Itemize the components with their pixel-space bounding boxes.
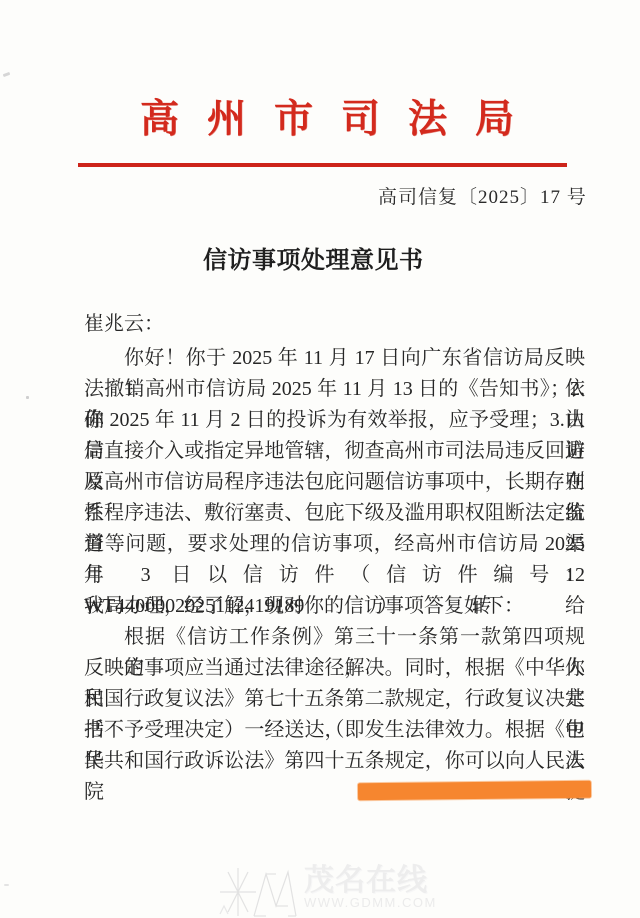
- body-line: 局直接介入或指定异地管辖，彻查高州市司法局违反回避原则: [84, 436, 585, 467]
- maoming-online-logo: [218, 866, 298, 918]
- body-line: 你好！你于 2025 年 11 月 17 日向广东省信访局反映 1.依: [84, 343, 585, 374]
- body-text: 你好！你于 2025 年 11 月 17 日向广东省信访局反映 1.依 法撤销高…: [84, 343, 585, 777]
- body-line: 月 3 日以信访件（信访件编号：WT4400002025112419189）转给: [84, 560, 585, 591]
- scan-speck: [26, 396, 29, 399]
- agency-title: 高州市司法局: [140, 88, 542, 144]
- body-line: 性程序违法、敷衍塞责、包庇下级及滥用职权阻断法定监督渠: [84, 498, 585, 529]
- watermark-site-url: WWW.GDMM.COM: [304, 896, 437, 910]
- watermark-site-name: 茂名在线: [304, 866, 437, 896]
- watermark-text: 茂名在线 WWW.GDMM.COM: [304, 866, 437, 910]
- body-line: 括不予受理决定）一经送达，即发生法律效力。根据《中华人: [84, 715, 585, 746]
- scan-speck: [3, 72, 11, 77]
- scan-speck: [4, 884, 9, 886]
- salutation: 崔兆云：: [84, 307, 164, 336]
- document-title: 信访事项处理意见书: [203, 240, 424, 275]
- watermark: 茂名在线 WWW.GDMM.COM: [218, 866, 437, 918]
- body-line: 反映的事项应当通过法律途径解决。同时，根据《中华人民共: [84, 653, 585, 684]
- body-line: 根据《信访工作条例》第三十一条第一款第四项规定，你: [84, 622, 585, 653]
- letterhead-divider: [78, 163, 567, 167]
- body-line: 你 2025 年 11 月 2 日的投诉为有效举报，应予受理；3.由信访: [84, 405, 585, 436]
- body-line: 和国行政复议法》第七十五条第二款规定，行政复议决定书（包: [84, 684, 585, 715]
- document-reference-number: 高司信复〔2025〕17 号: [378, 182, 587, 209]
- body-line: 法撤销高州市信访局 2025 年 11 月 13 日的《告知书》；2.确认: [84, 374, 585, 405]
- body-line: 民共和国行政诉讼法》第四十五条规定，你可以向人民法院提: [84, 746, 585, 777]
- body-line: 道等问题，要求处理的信访事项，经高州市信访局 2025 年 12: [84, 529, 585, 560]
- scanned-official-letter: 高州市司法局 高司信复〔2025〕17 号 信访事项处理意见书 崔兆云： 你好！…: [0, 0, 640, 918]
- body-line: 我局办理，经了解，现对你的信访事项答复如下：: [84, 591, 585, 622]
- highlight-marker: [358, 781, 591, 800]
- body-line: 及高州市信访局程序违法包庇问题信访事项中，长期存在系统: [84, 467, 585, 498]
